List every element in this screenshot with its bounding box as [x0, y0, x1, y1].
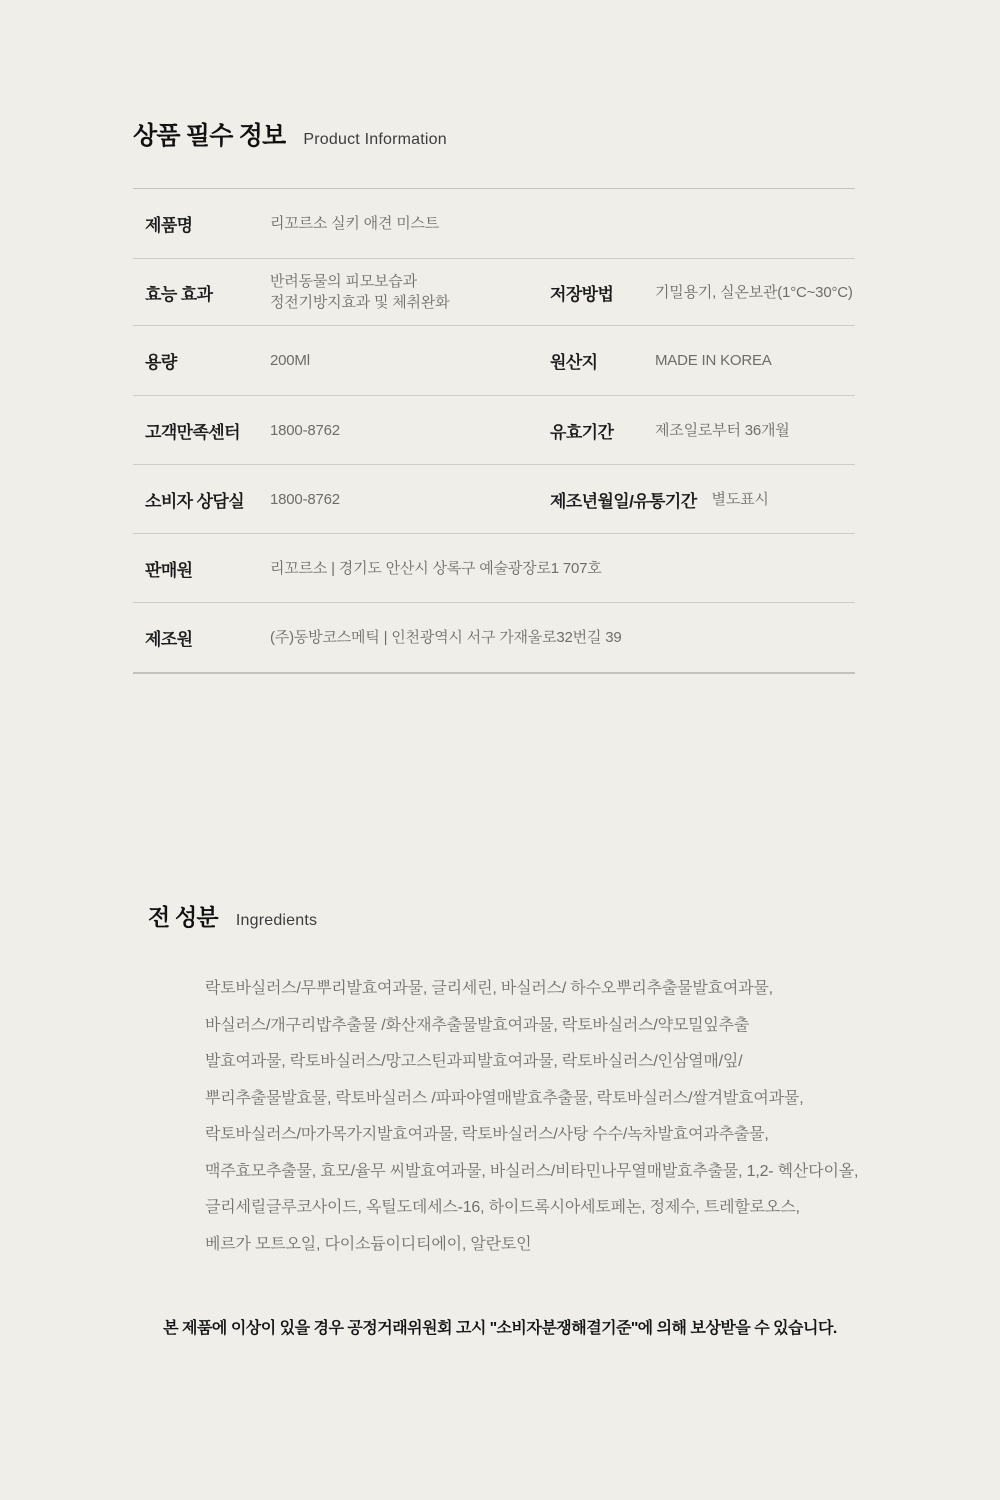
table-row-product-name: 제품명 리꼬르소 실키 애견 미스트: [133, 189, 855, 259]
section-subtitle: Ingredients: [236, 912, 317, 930]
row-label: 원산지: [550, 348, 640, 373]
ingredients-line: 맥주효모추출물, 효모/율무 씨발효여과물, 바실러스/비타민나무열매발효추출물…: [205, 1154, 1000, 1191]
table-row-manufacturer: 제조원 (주)동방코스메틱 | 인천광역시 서구 가재울로32번길 39: [133, 603, 855, 672]
table-cell: 제조년월일/유통기간 별도표시: [550, 465, 855, 533]
section-title: 전 성분: [148, 899, 218, 932]
row-label: 저장방법: [550, 280, 640, 305]
ingredients-line: 글리세릴글루코사이드, 옥틸도데세스-16, 하이드록시아세토페논, 정제수, …: [205, 1190, 1000, 1227]
row-label: 판매원: [145, 556, 270, 581]
row-label: 제조년월일/유통기간: [550, 487, 697, 512]
ingredients-line: 락토바실러스/무뿌리발효여과물, 글리세린, 바실러스/ 하수오뿌리추출물발효여…: [205, 971, 1000, 1008]
table-cell: 판매원 리꼬르소 | 경기도 안산시 상록구 예술광장로1 707호: [133, 534, 855, 602]
product-info-header: 상품 필수 정보 Product Information: [133, 0, 855, 152]
row-value: 200Ml: [270, 350, 310, 371]
ingredients-line: 발효여과물, 락토바실러스/망고스틴과피발효여과물, 락토바실러스/인삼열매/잎…: [205, 1044, 1000, 1081]
row-value: 1800-8762: [270, 489, 340, 510]
ingredients-line: 뿌리추출물발효물, 락토바실러스 /파파야열매발효추출물, 락토바실러스/쌀겨발…: [205, 1081, 1000, 1118]
section-subtitle: Product Information: [303, 131, 446, 149]
ingredients-line: 바실러스/개구리밥추출물 /화산재추출물발효여과물, 락토바실러스/약모밀잎추출: [205, 1008, 1000, 1045]
row-value: 리꼬르소 실키 애견 미스트: [270, 213, 439, 234]
table-cell: 용량 200Ml: [133, 326, 550, 395]
table-cell: 저장방법 기밀용기, 실온보관(1°C~30°C): [550, 259, 855, 325]
ingredients-list: 락토바실러스/무뿌리발효여과물, 글리세린, 바실러스/ 하수오뿌리추출물발효여…: [205, 971, 1000, 1263]
ingredients-header: 전 성분 Ingredients: [148, 899, 1000, 932]
row-label: 제조원: [145, 625, 270, 650]
row-label: 고객만족센터: [145, 418, 270, 443]
section-title: 상품 필수 정보: [133, 116, 285, 152]
row-value: 1800-8762: [270, 420, 340, 441]
row-value: 제조일로부터 36개월: [655, 420, 790, 441]
table-cell: 효능 효과 반려동물의 피모보습과 정전기방지효과 및 체취완화: [133, 259, 550, 325]
row-value: (주)동방코스메틱 | 인천광역시 서구 가재울로32번길 39: [270, 627, 622, 648]
ingredients-line: 락토바실러스/마가목가지발효여과물, 락토바실러스/사탕 수수/녹차발효여과추출…: [205, 1117, 1000, 1154]
row-value: MADE IN KOREA: [655, 350, 772, 371]
value-line: 정전기방지효과 및 체취완화: [270, 292, 449, 313]
value-line: 반려동물의 피모보습과: [270, 271, 449, 292]
table-cell: 제품명 리꼬르소 실키 애견 미스트: [133, 189, 855, 258]
table-row-efficacy-storage: 효능 효과 반려동물의 피모보습과 정전기방지효과 및 체취완화 저장방법 기밀…: [133, 259, 855, 326]
row-value: 반려동물의 피모보습과 정전기방지효과 및 체취완화: [270, 271, 449, 313]
row-label: 유효기간: [550, 418, 640, 443]
table-cell: 원산지 MADE IN KOREA: [550, 326, 855, 395]
table-row-customer-center-expiry: 고객만족센터 1800-8762 유효기간 제조일로부터 36개월: [133, 396, 855, 465]
ingredients-line: 베르가 모트오일, 다이소듐이디티에이, 알란토인: [205, 1227, 1000, 1264]
product-info-table: 제품명 리꼬르소 실키 애견 미스트 효능 효과 반려동물의 피모보습과 정전기…: [133, 188, 855, 674]
table-cell: 제조원 (주)동방코스메틱 | 인천광역시 서구 가재울로32번길 39: [133, 603, 855, 672]
product-info-section: 상품 필수 정보 Product Information 제품명 리꼬르소 실키…: [133, 0, 855, 674]
table-cell: 유효기간 제조일로부터 36개월: [550, 396, 855, 464]
row-label: 제품명: [145, 211, 270, 236]
row-value: 리꼬르소 | 경기도 안산시 상록구 예술광장로1 707호: [270, 558, 602, 579]
row-value: 별도표시: [712, 489, 769, 510]
row-label: 소비자 상담실: [145, 487, 270, 512]
table-cell: 고객만족센터 1800-8762: [133, 396, 550, 464]
table-row-volume-origin: 용량 200Ml 원산지 MADE IN KOREA: [133, 326, 855, 396]
ingredients-section: 전 성분 Ingredients 락토바실러스/무뿌리발효여과물, 글리세린, …: [0, 899, 1000, 1263]
table-cell: 소비자 상담실 1800-8762: [133, 465, 550, 533]
row-label: 용량: [145, 348, 270, 373]
row-label: 효능 효과: [145, 280, 270, 305]
table-row-consumer-line-mfg-date: 소비자 상담실 1800-8762 제조년월일/유통기간 별도표시: [133, 465, 855, 534]
row-value: 기밀용기, 실온보관(1°C~30°C): [655, 282, 853, 303]
compensation-notice: 본 제품에 이상이 있을 경우 공정거래위원회 고시 ''소비자분쟁해결기준''…: [0, 1315, 1000, 1338]
table-row-seller: 판매원 리꼬르소 | 경기도 안산시 상록구 예술광장로1 707호: [133, 534, 855, 603]
